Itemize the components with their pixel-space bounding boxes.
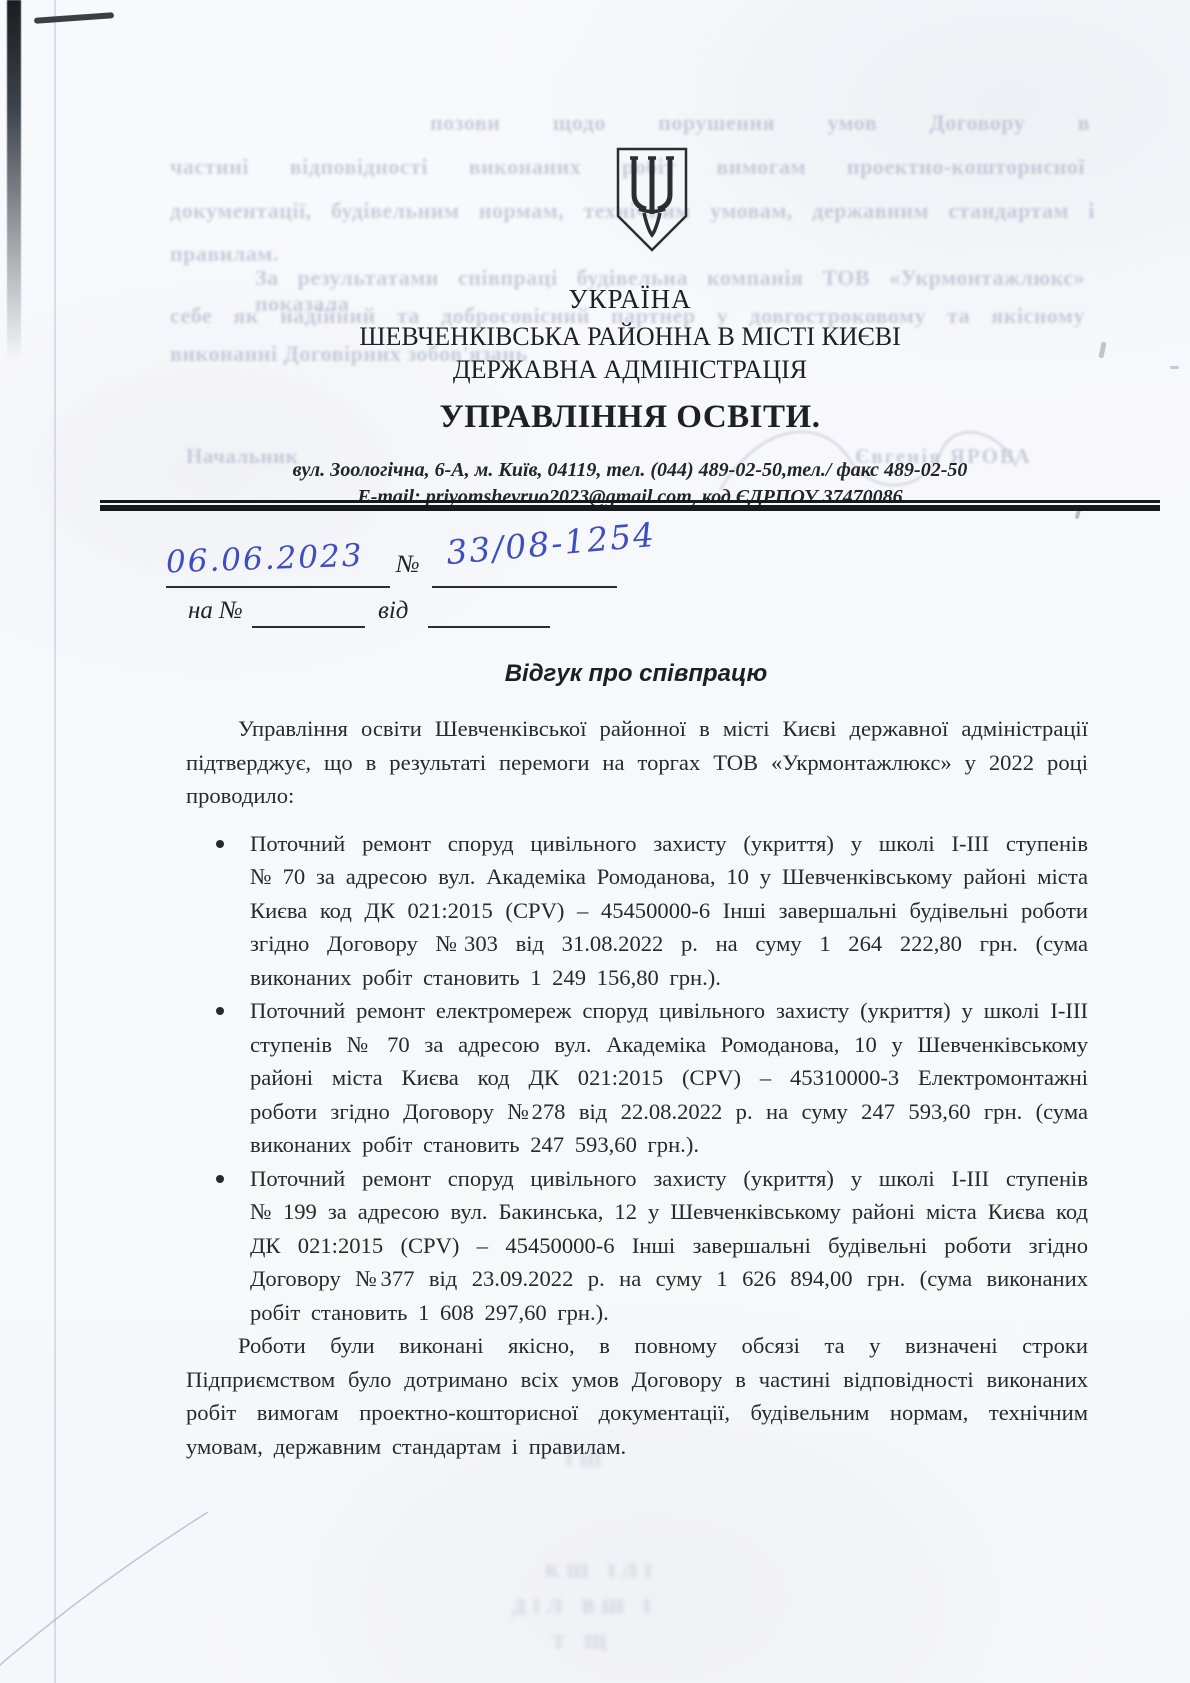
letter-body: Управління освіти Шевченківської районно… [186,712,1088,1463]
ref-number-sign: № [396,551,420,579]
scan-speck [1170,366,1179,369]
reply-to-underline [252,626,365,628]
letterhead-country: УКРАЇНА [100,284,1160,315]
work-item: Поточний ремонт споруд цивільного захист… [186,827,1088,995]
paper-edge-line [54,0,56,1683]
intro-paragraph: Управління освіти Шевченківської районно… [186,712,1088,813]
ghost-bottom-mark: КШ ІЛІ [545,1560,659,1583]
ghost-line: правилам. [170,241,279,267]
letterhead-org-line1: ШЕВЧЕНКІВСЬКА РАЙОННА В МІСТІ КИЄВІ [100,322,1160,352]
scanned-letter-page: позови щодо порушення умов Договору в ча… [0,0,1190,1683]
work-item: Поточний ремонт електромереж споруд циві… [186,994,1088,1162]
letter-title: Відгук про співпрацю [185,660,1087,688]
reply-to-label: на № [188,597,243,625]
ghost-bottom-mark: Т Щ [552,1631,613,1654]
letterhead-org-line2: ДЕРЖАВНА АДМІНІСТРАЦІЯ [100,355,1160,385]
ref-date-underline [166,586,390,588]
work-list: Поточний ремонт споруд цивільного захист… [186,827,1088,1330]
ref-number-handwritten: 33/08-1254 [445,515,658,572]
work-item-text: Поточний ремонт споруд цивільного захист… [250,831,1088,990]
letterhead-address: вул. Зоологічна, 6-А, м. Київ, 04119, те… [100,459,1160,482]
ref-number-underline [432,586,617,588]
letterhead-divider-rule [100,500,1160,511]
ghost-bottom-mark: ІШ [565,1449,609,1472]
closing-paragraph: Роботи були виконані якісно, в повному о… [186,1329,1088,1463]
scanner-edge-shadow [7,0,21,360]
reply-from-underline [428,626,550,628]
ghost-bottom-mark: ДІЛ ВШ І [512,1596,658,1619]
work-item: Поточний ремонт споруд цивільного захист… [186,1162,1088,1330]
work-item-text: Поточний ремонт електромереж споруд циві… [250,998,1088,1157]
work-item-text: Поточний ремонт споруд цивільного захист… [250,1166,1088,1325]
trident-emblem-icon [612,146,692,254]
reply-from-label: від [378,597,408,625]
ghost-line: позови щодо порушення умов Договору в [430,110,1090,136]
pen-stroke-mark [34,12,114,24]
ref-date-handwritten: 06.06.2023 [165,538,364,581]
paper-crease-line [0,1498,230,1683]
